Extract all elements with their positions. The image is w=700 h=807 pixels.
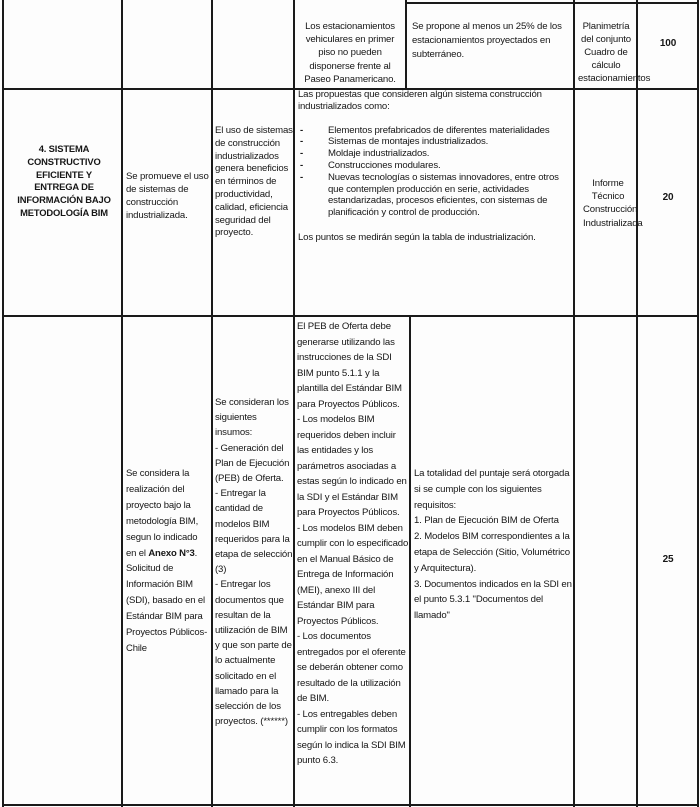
table-border-left — [2, 0, 4, 807]
row-divider — [2, 315, 699, 317]
row1-score: 100 — [640, 38, 696, 51]
row1-verification: Planimetría del conjunto Cuadro de cálcu… — [578, 20, 634, 85]
row2-description-intro: Las propuestas que consideren algún sist… — [298, 89, 568, 113]
column-divider — [293, 0, 295, 807]
list-item: Moldaje industrializados. — [298, 148, 568, 160]
row2-justification: El uso de sistemas de construcción indus… — [215, 125, 293, 240]
row2-description-footer: Los puntos se medirán según la tabla de … — [298, 231, 568, 245]
row3-conditions: El PEB de Oferta debe generarse utilizan… — [297, 319, 409, 769]
row1-condition: Los estacionamientos vehiculares en prim… — [296, 20, 404, 86]
evaluation-criteria-table: Los estacionamientos vehiculares en prim… — [0, 0, 700, 807]
row3-score: 25 — [640, 554, 696, 567]
row2-description-list: Elementos prefabricados de diferentes ma… — [298, 125, 568, 219]
table-border-right — [697, 0, 699, 807]
row1-top-partial-border — [405, 2, 697, 4]
column-divider — [573, 0, 575, 807]
row2-verification: Informe Técnico Construcción Industriali… — [583, 177, 633, 230]
row2-score: 20 — [640, 192, 696, 205]
row3-objective-text: Se considera la realización del proyecto… — [126, 468, 198, 559]
annex-reference: Anexo N°3 — [148, 548, 194, 559]
row2-description: Las propuestas que consideren algún sist… — [298, 89, 568, 245]
row3-requirements: La totalidad del puntaje será otorgada s… — [414, 466, 572, 624]
table-border-bottom — [2, 804, 699, 806]
row3-inputs: Se consideran los siguientes insumos: - … — [215, 395, 293, 729]
column-divider — [211, 0, 213, 807]
column-divider — [409, 316, 411, 807]
column-divider — [636, 0, 638, 807]
list-item: Sistemas de montajes industrializados. — [298, 136, 568, 148]
column-divider — [121, 0, 123, 807]
row2-objective: Se promueve el uso de sistemas de constr… — [126, 170, 210, 222]
row2-criterion: 4. SISTEMA CONSTRUCTIVO EFICIENTE Y ENTR… — [14, 143, 114, 220]
list-item: Construcciones modulares. — [298, 160, 568, 172]
row3-objective-text-end: . Solicitud de Información BIM (SDI), ba… — [126, 548, 207, 654]
list-item: Elementos prefabricados de diferentes ma… — [298, 125, 568, 137]
column-divider — [405, 0, 407, 89]
row1-proposal: Se propone al menos un 25% de los estaci… — [412, 20, 570, 61]
row3-objective: Se considera la realización del proyecto… — [126, 466, 210, 657]
list-item: Nuevas tecnologías o sistemas innovadore… — [298, 172, 568, 219]
